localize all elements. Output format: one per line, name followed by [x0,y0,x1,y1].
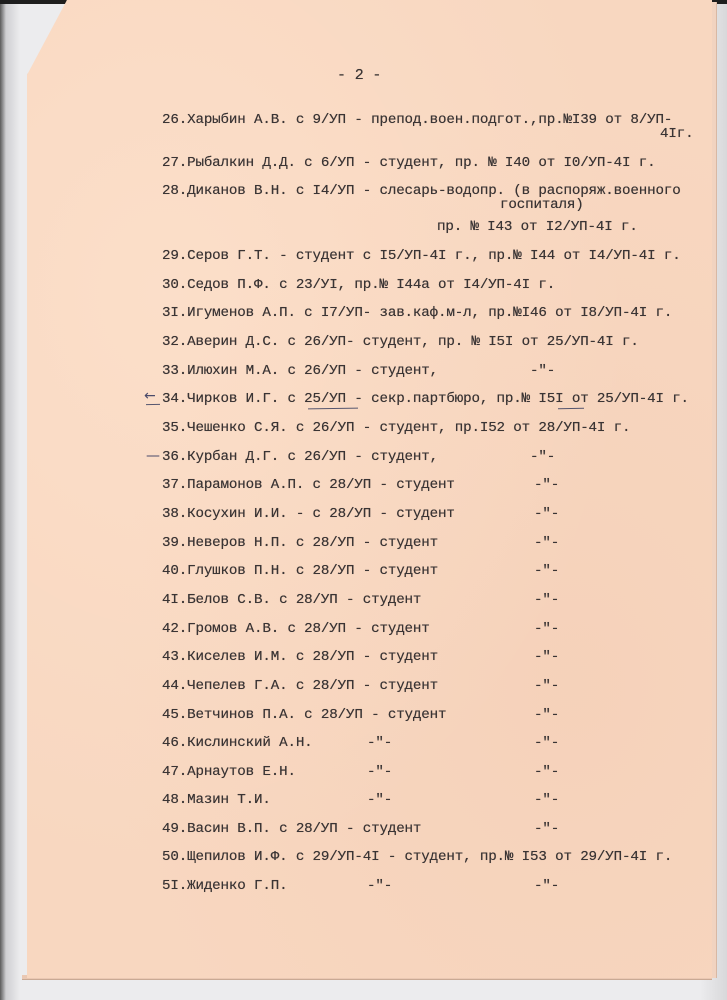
entry-48-ditto-mid: -"- [367,792,392,808]
entry-26-continuation: 4Iг. [660,126,693,142]
entry-39-ditto: -"- [534,535,559,551]
entry-39: 39.Неверов Н.П. с 28/УП - студент [162,535,438,551]
entry-33-ditto: -"- [530,363,555,379]
entry-49: 49.Васин В.П. с 28/УП - студент [162,821,421,837]
entry-51: 5I.Жиденко Г.П. [162,878,287,894]
entry-50: 50.Щепилов И.Ф. с 29/УП-4I - студент, пр… [162,849,672,865]
entry-43-ditto: -"- [534,649,559,665]
entry-41: 4I.Белов С.В. с 28/УП - студент [162,592,421,608]
entry-38-ditto: -"- [534,506,559,522]
entry-47-ditto-mid: -"- [367,764,392,780]
margin-arrow-mark: ← [144,388,156,404]
entry-28: 28.Диканов В.Н. с I4/УП - слесарь-водопр… [162,183,681,199]
entry-46: 46.Кислинский А.Н. [162,735,313,751]
entry-43: 43.Киселев И.М. с 28/УП - студент [162,649,438,665]
entry-46-ditto: -"- [534,735,559,751]
entry-48-ditto: -"- [534,792,559,808]
entry-31: 3I.Игуменов А.П. с I7/УП- зав.каф.м-л, п… [162,305,672,321]
page-number: - 2 - [337,67,381,84]
entry-34: 34.Чирков И.Г. с 25/УП - секр.партбюро, … [162,391,689,407]
entry-47: 47.Арнаутов Е.Н. [162,764,296,780]
entry-48: 48.Мазин Т.И. [162,792,271,808]
entry-40: 40.Глушков П.Н. с 28/УП - студент [162,563,438,579]
entry-36-ditto: -"- [530,449,555,465]
entry-44: 44.Чепелев Г.А. с 28/УП - студент [162,678,438,694]
entry-28-order: пр. № I43 от I2/УП-4I г. [437,219,638,235]
entry-45: 45.Ветчинов П.А. с 28/УП - студент [162,707,446,723]
entry-42: 42.Громов А.В. с 28/УП - студент [162,621,430,637]
entry-37: 37.Парамонов А.П. с 28/УП - студент [162,477,455,493]
entry-41-ditto: -"- [534,592,559,608]
entry-49-ditto: -"- [534,821,559,837]
entry-38: 38.Косухин И.И. - с 28/УП - студент [162,506,455,522]
entry-29: 29.Серов Г.Т. - студент с I5/УП-4I г., п… [162,248,681,264]
entry-28-continuation: госпиталя) [500,197,584,213]
entry-51-ditto-mid: -"- [367,878,392,894]
entry-33: 33.Илюхин М.А. с 26/УП - студент, [162,363,438,379]
entry-40-ditto: -"- [534,563,559,579]
entry-46-ditto-mid: -"- [367,735,392,751]
entry-35: 35.Чешенко С.Я. с 26/УП - студент, пр.I5… [162,420,630,436]
entry-45-ditto: -"- [534,707,559,723]
entry-47-ditto: -"- [534,764,559,780]
entry-27: 27.Рыбалкин Д.Д. с 6/УП - студент, пр. №… [162,155,655,171]
margin-dash-mark: — [146,448,160,464]
entry-44-ditto: -"- [534,678,559,694]
entry-42-ditto: -"- [534,621,559,637]
entry-37-ditto: -"- [534,477,559,493]
entry-30: 30.Седов П.Ф. с 23/УI, пр.№ I44а от I4/У… [162,277,555,293]
entry-51-ditto: -"- [534,878,559,894]
entry-26: 26.Харыбин А.В. с 9/УП - препод.воен.под… [162,112,672,128]
entry-36: 36.Курбан Д.Г. с 26/УП - студент, [162,449,438,465]
entry-32: 32.Аверин Д.С. с 26/УП- студент, пр. № I… [162,334,639,350]
